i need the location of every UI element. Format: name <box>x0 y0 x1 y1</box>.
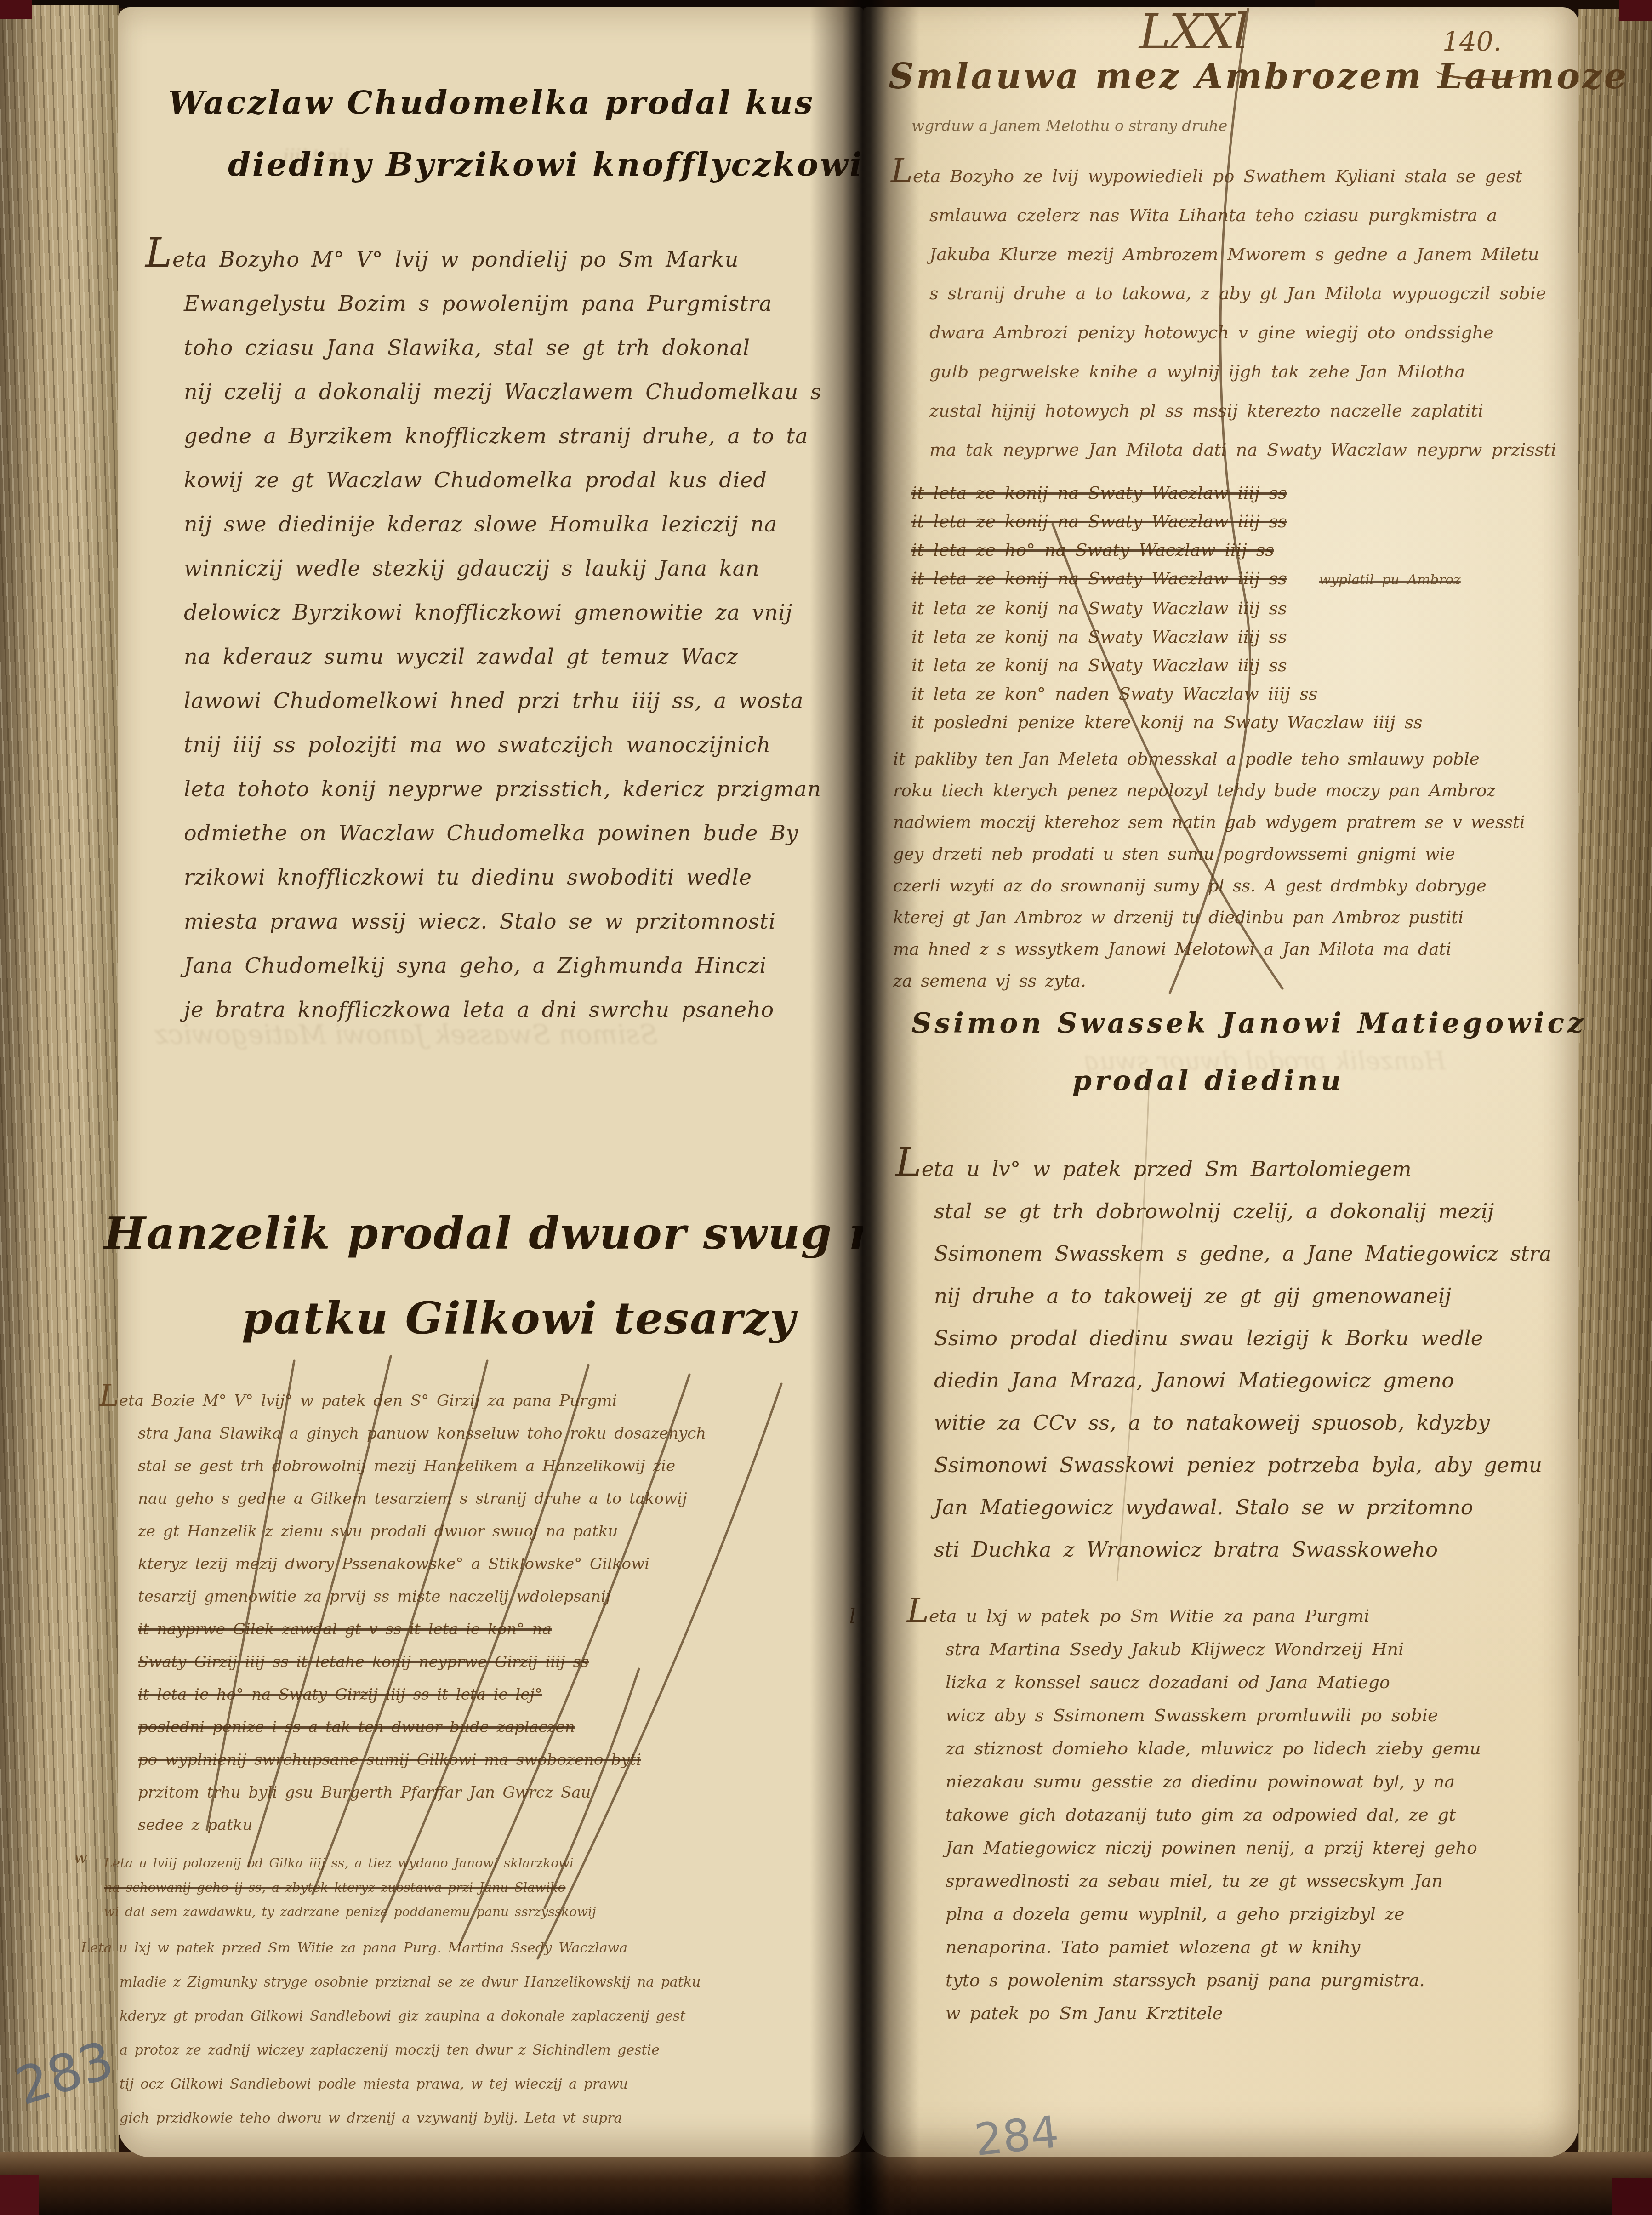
manuscript-line: it leta ze konij na Swaty Waczlaw iiij s… <box>911 479 1569 507</box>
manuscript-line: miesta prawa wssij wiecz. Stalo se w prz… <box>184 899 887 943</box>
entry-heading-line: diediny Byrzikowi knofflyczkowi <box>228 145 864 183</box>
manuscript-line: Jakuba Klurze mezij Ambrozem Mworem s ge… <box>929 235 1591 274</box>
manuscript-line: Ssimo prodal diedinu swau lezigij k Bork… <box>934 1317 1596 1359</box>
manuscript-line: takowe gich dotazanij tuto gim za odpowi… <box>946 1798 1607 1831</box>
scan-corner-top-left <box>0 0 32 19</box>
margin-mark: w <box>74 1849 87 1867</box>
manuscript-line: po wyplnienij swrchupsane sumij Gilkowi … <box>138 1744 892 1776</box>
manuscript-line: it leta ze konij na Swaty Waczlaw iiij s… <box>911 622 1569 651</box>
right-page: 140. LXXl Smlauwa mez Ambrozem Laumoze w… <box>863 7 1578 2157</box>
manuscript-line: nij swe diedinije kderaz slowe Homulka l… <box>184 502 887 546</box>
manuscript-line: ma hned z s wssytkem Janowi Melotowi a J… <box>893 933 1564 965</box>
entry-body: Leta Bozyho M° V° lvij w pondielij po Sm… <box>145 237 887 1032</box>
left-page: iiij t nij Waczlaw Chudomelka prodal kus… <box>118 7 863 2157</box>
manuscript-line: it posledni penize ktere konij na Swaty … <box>911 708 1569 736</box>
manuscript-line: delowicz Byrzikowi knoffliczkowi gmenowi… <box>184 590 887 634</box>
manuscript-line: kowij ze gt Waczlaw Chudomelka prodal ku… <box>184 458 887 502</box>
manuscript-line: kderyz gt prodan Gilkowi Sandlebowi giz … <box>120 1999 901 2033</box>
manuscript-line: it leta ze ho° na Swaty Waczlaw iiij ss <box>911 536 1569 564</box>
manuscript-line: dwara Ambrozi penizy hotowych v gine wie… <box>929 313 1591 352</box>
entry-subheading: wgrduw a Janem Melothu o strany druhe <box>911 117 1227 135</box>
manuscript-line: nau geho s gedne a Gilkem tesarziem s st… <box>138 1483 892 1515</box>
manuscript-line: na kderauz sumu wyczil zawdal gt temuz W… <box>184 634 887 679</box>
manuscript-line: it leta ze konij na Swaty Waczlaw iiij s… <box>911 564 1569 594</box>
manuscript-line: gulb pegrwelske knihe a wylnij ijgh tak … <box>929 352 1591 391</box>
manuscript-line: nenaporina. Tato pamiet wlozena gt w kni… <box>946 1930 1607 1964</box>
manuscript-line: przitom trhu byli gsu Burgerth Pfarffar … <box>138 1776 892 1809</box>
book-page-stack-left-edge <box>0 5 119 2184</box>
manuscript-line: kterej gt Jan Ambroz w drzenij tu diedin… <box>893 902 1564 933</box>
manuscript-line: wicz aby s Ssimonem Swasskem promluwili … <box>946 1699 1607 1732</box>
manuscript-line: tesarzij gmenowitie za prvij ss miste na… <box>138 1581 892 1613</box>
scan-corner-top-right <box>1619 0 1652 21</box>
manuscript-line: Jana Chudomelkij syna geho, a Zighmunda … <box>184 943 887 988</box>
manuscript-line: Leta u lviij polozenij od Gilka iiij ss,… <box>104 1851 862 1875</box>
manuscript-line: Leta Bozyho M° V° lvij w pondielij po Sm… <box>145 237 887 281</box>
entry-heading-line: Ssimon Swassek Janowi Matiegowicz <box>911 1007 1586 1039</box>
pencil-folio-number-right: 284 <box>972 2106 1061 2166</box>
manuscript-line: czerli wzyti az do srownanij sumy pl ss.… <box>893 870 1564 902</box>
manuscript-line: s stranij druhe a to takowa, z aby gt Ja… <box>929 274 1591 313</box>
manuscript-line: rzikowi knoffliczkowi tu diedinu swobodi… <box>184 855 887 899</box>
payment-schedule: it leta ze konij na Swaty Waczlaw iiij s… <box>911 479 1569 736</box>
manuscript-line: na schowanij geho ij ss, a zbytek kteryz… <box>104 1875 862 1900</box>
manuscript-line: sedee z patku <box>138 1809 892 1842</box>
manuscript-line: it pakliby ten Jan Meleta obmesskal a po… <box>893 743 1564 775</box>
manuscript-line: tyto s powolenim starssych psanij pana p… <box>946 1964 1607 1997</box>
manuscript-line: niezakau sumu gesstie za diedinu powinow… <box>946 1765 1607 1798</box>
manuscript-line: wi dal sem zawdawku, ty zadrzane penize … <box>104 1900 862 1924</box>
manuscript-line: posledni penize i ss a tak ten dwuor bud… <box>138 1711 892 1744</box>
manuscript-line: za stiznost domieho klade, mluwicz po li… <box>946 1732 1607 1765</box>
manuscript-line: zustal hijnij hotowych pl ss mssij ktere… <box>929 391 1591 430</box>
manuscript-line: stal se gt trh dobrowolnij czelij, a dok… <box>934 1190 1596 1233</box>
manuscript-line: lizka z konssel saucz dozadani od Jana M… <box>946 1666 1607 1699</box>
manuscript-line: kteryz lezij mezij dwory Pssenakowske° a… <box>138 1548 892 1581</box>
manuscript-line: winniczij wedle stezkij gdauczij s lauki… <box>184 546 887 590</box>
entry-body-cancelled: Leta Bozie M° V° lvij° w patek den S° Gi… <box>99 1384 892 1842</box>
entry-heading-line: prodal diedinu <box>1072 1065 1344 1097</box>
entry-heading-line: Hanzelik prodal dwuor swug na <box>104 1207 911 1259</box>
manuscript-line: je bratra knoffliczkowa leta a dni swrch… <box>184 988 887 1032</box>
manuscript-line: tij ocz Gilkowi Sandlebowi podle miesta … <box>120 2067 901 2101</box>
manuscript-line: stal se gest trh dobrowolnij mezij Hanze… <box>138 1450 892 1483</box>
manuscript-line: Ewangelystu Bozim s powolenijm pana Purg… <box>184 281 887 325</box>
entry-body: Leta Bozyho ze lvij wypowiedieli po Swat… <box>891 157 1591 469</box>
manuscript-line: mladie z Zigmunky stryge osobnie przizna… <box>120 1965 901 1999</box>
manuscript-line: it leta ze konij na Swaty Waczlaw iiij s… <box>911 594 1569 622</box>
manuscript-scan: iiij t nij Waczlaw Chudomelka prodal kus… <box>0 0 1652 2215</box>
manuscript-line: gich przidkowie teho dworu w drzenij a v… <box>120 2101 901 2135</box>
manuscript-line: Swaty Girzij iiij ss it letahe konij ney… <box>138 1646 892 1678</box>
entry-body: it pakliby ten Jan Meleta obmesskal a po… <box>893 743 1564 997</box>
entry-body: Leta u lv° w patek przed Sm Bartolomiege… <box>895 1147 1596 1571</box>
manuscript-line: Leta u lxj w patek przed Sm Witie za pan… <box>81 1931 901 1965</box>
manuscript-line: Leta u lv° w patek przed Sm Bartolomiege… <box>895 1147 1596 1190</box>
folio-ink-number: 140. <box>1442 26 1502 57</box>
manuscript-line: stra Martina Ssedy Jakub Klijwecz Wondrz… <box>946 1633 1607 1666</box>
manuscript-line: Leta Bozyho ze lvij wypowiedieli po Swat… <box>891 157 1591 196</box>
manuscript-line: nij czelij a dokonalij mezij Waczlawem C… <box>184 370 887 414</box>
manuscript-line: witie za CCv ss, a to natakoweij spuosob… <box>934 1402 1596 1444</box>
manuscript-line: diedin Jana Mraza, Janowi Matiegowicz gm… <box>934 1359 1596 1402</box>
manuscript-line: odmiethe on Waczlaw Chudomelka powinen b… <box>184 811 887 855</box>
margin-annotation: wyplatil pu Ambroz <box>1319 571 1461 588</box>
entry-heading-line: patku Gilkowi tesarzy <box>242 1292 796 1344</box>
manuscript-line: gey drzeti neb prodati u sten sumu pogrd… <box>893 838 1564 870</box>
manuscript-line: Jan Matiegowicz niczij powinen nenij, a … <box>946 1831 1607 1864</box>
manuscript-line: stra Jana Slawika a ginych panuow konsse… <box>138 1417 892 1450</box>
manuscript-line: Ssimonowi Swasskowi peniez potrzeba byla… <box>934 1444 1596 1486</box>
manuscript-line: ze gt Hanzelik z zienu swu prodali dwuor… <box>138 1515 892 1548</box>
manuscript-line: smlauwa czelerz nas Wita Lihanta teho cz… <box>929 196 1591 235</box>
manuscript-line: za semena vj ss zyta. <box>893 965 1564 997</box>
manuscript-line: Ssimonem Swasskem s gedne, a Jane Matieg… <box>934 1233 1596 1275</box>
margin-mark: l <box>849 1605 855 1627</box>
entry-note: Leta u lxj w patek przed Sm Witie za pan… <box>81 1931 901 2135</box>
scan-corner-bottom-right <box>1612 2178 1652 2215</box>
manuscript-line: it leta ze konij na Swaty Waczlaw iiij s… <box>911 651 1569 679</box>
manuscript-line: lawowi Chudomelkowi hned przi trhu iiij … <box>184 679 887 723</box>
heading-flourish: LXXl <box>1139 4 1247 60</box>
entry-addendum: Leta u lviij polozenij od Gilka iiij ss,… <box>104 1851 862 1924</box>
entry-heading-line: Waczlaw Chudomelka prodal kus <box>168 83 815 121</box>
manuscript-line: it leta ie ho° na Swaty Girzij iiij ss i… <box>138 1678 892 1711</box>
manuscript-line: toho cziasu Jana Slawika, stal se gt trh… <box>184 325 887 370</box>
manuscript-line: roku tiech kterych penez nepolozyl tehdy… <box>893 775 1564 806</box>
manuscript-line: plna a dozela gemu wyplnil, a geho przig… <box>946 1897 1607 1930</box>
manuscript-line: it nayprwe Gilek zawdal gt v ss it leta … <box>138 1613 892 1646</box>
manuscript-line: nij druhe a to takoweij ze gt gij gmenow… <box>934 1275 1596 1317</box>
entry-heading-line: Smlauwa mez Ambrozem Laumoze <box>889 56 1629 97</box>
manuscript-line: it leta ze konij na Swaty Waczlaw iiij s… <box>911 507 1569 536</box>
scan-corner-bottom-left <box>0 2175 39 2215</box>
manuscript-line: sprawedlnosti za sebau miel, tu ze gt ws… <box>946 1864 1607 1897</box>
manuscript-line: Jan Matiegowicz wydawal. Stalo se w przi… <box>934 1486 1596 1529</box>
manuscript-line: ma tak neyprwe Jan Milota dati na Swaty … <box>929 430 1591 469</box>
manuscript-line: sti Duchka z Wranowicz bratra Swasskoweh… <box>934 1529 1596 1571</box>
entry-note: Leta u lxj w patek po Sm Witie za pana P… <box>907 1598 1607 2030</box>
manuscript-line: Leta u lxj w patek po Sm Witie za pana P… <box>907 1598 1607 1633</box>
manuscript-line: nadwiem moczij kterehoz sem natin gab wd… <box>893 806 1564 838</box>
manuscript-line: tnij iiij ss polozijti ma wo swatczijch … <box>184 723 887 767</box>
manuscript-line: leta tohoto konij neyprwe przisstich, kd… <box>184 767 887 811</box>
manuscript-line: a protoz ze zadnij wiczey zaplaczenij mo… <box>120 2033 901 2067</box>
manuscript-line: w patek po Sm Janu Krztitele <box>946 1997 1607 2030</box>
manuscript-line: it leta ze kon° naden Swaty Waczlaw iiij… <box>911 679 1569 708</box>
scan-bottom-border <box>0 2152 1652 2215</box>
manuscript-line: gedne a Byrzikem knoffliczkem stranij dr… <box>184 414 887 458</box>
manuscript-line: Leta Bozie M° V° lvij° w patek den S° Gi… <box>99 1384 892 1417</box>
